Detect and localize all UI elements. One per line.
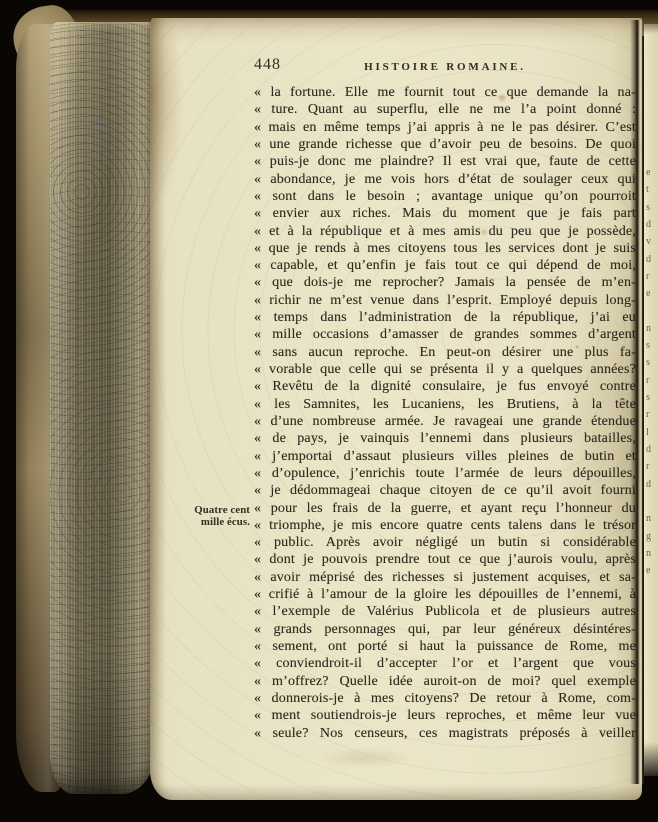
text-line: « ment soutiendrois-je leurs reproches, …	[254, 707, 636, 724]
text-line: « et à la république et à mes amis du pe…	[254, 223, 636, 240]
fragment-line: n	[646, 320, 658, 337]
running-title: HISTOIRE ROMAINE.	[254, 61, 636, 73]
facing-page-sliver: etsdvdrenssrsrldrdngne	[644, 24, 658, 776]
text-line: « abondance, je me vois hors d’état de s…	[254, 171, 636, 188]
fragment-line	[646, 493, 658, 510]
fragment-line: n	[646, 545, 658, 562]
text-line: « capable, et qu’enfin je fais tout ce q…	[254, 257, 636, 274]
text-line: « je dédommageai chaque citoyen de ce qu…	[254, 482, 636, 499]
text-line: « triomphe, je mis encore quatre cents t…	[254, 517, 636, 534]
text-line: « m’offrez? Quelle idée auroit-on de moi…	[254, 673, 636, 690]
text-line: « d’opulence, j’enrichis toute l’armée d…	[254, 465, 636, 482]
text-line: « temps dans l’administration de la répu…	[254, 309, 636, 326]
text-line: « sement, ont porté si haut la puissance…	[254, 638, 636, 655]
text-line: « mille occasions d’amasser de grandes s…	[254, 326, 636, 343]
stacked-page-edges	[50, 22, 156, 794]
fragment-line: v	[646, 233, 658, 250]
fragment-line: d	[646, 251, 658, 268]
text-line: « avoir méprisé des richesses si justeme…	[254, 569, 636, 586]
fragment-line: s	[646, 389, 658, 406]
fragment-line: l	[646, 424, 658, 441]
text-line: « j’emportai d’assaut plusieurs villes p…	[254, 448, 636, 465]
text-line: « que je rends à mes citoyens tous les s…	[254, 240, 636, 257]
text-line: « sans aucun reproche. En peut-on désire…	[254, 344, 636, 361]
fragment-line: s	[646, 199, 658, 216]
book-page: 448 HISTOIRE ROMAINE. Quatre cent mille …	[150, 18, 642, 800]
text-line: « envier aux riches. Mais du moment que …	[254, 205, 636, 222]
text-line: « de pays, je vainquis l’ennemi dans plu…	[254, 430, 636, 447]
text-line: « conviendroit-il d’accepter l’or et l’a…	[254, 655, 636, 672]
text-line: « donnerois-je à mes citoyens? De retour…	[254, 690, 636, 707]
fragment-line: r	[646, 458, 658, 475]
fragment-line: r	[646, 406, 658, 423]
text-line: « grands personnages qui, par leur génér…	[254, 621, 636, 638]
text-line: « mais en même temps j’ai appris à ne le…	[254, 119, 636, 136]
text-line: « l’exemple de Valérius Publicola et de …	[254, 603, 636, 620]
fragment-line: e	[646, 164, 658, 181]
fragment-line: d	[646, 216, 658, 233]
fragment-line: s	[646, 354, 658, 371]
text-line: « seule? Nos censeurs, ces magistrats pr…	[254, 725, 636, 742]
fragment-line	[646, 303, 658, 320]
text-line: « sont dans le besoin ; avantage unique …	[254, 188, 636, 205]
fragment-line: g	[646, 528, 658, 545]
text-line: « une grande richesse que d’avoir peu de…	[254, 136, 636, 153]
book-scan-photo: 448 HISTOIRE ROMAINE. Quatre cent mille …	[0, 0, 658, 822]
text-line: « les Samnites, les Lucaniens, les Bruti…	[254, 396, 636, 413]
text-line: « puis-je donc me plaindre? Il est vrai …	[254, 153, 636, 170]
fragment-line: t	[646, 181, 658, 198]
fragment-line: r	[646, 372, 658, 389]
text-line: « ture. Quant au superflu, elle ne me l’…	[254, 101, 636, 118]
fragment-line: d	[646, 476, 658, 493]
fragment-line: s	[646, 337, 658, 354]
text-line: « richir ne m’est venue dans l’esprit. E…	[254, 292, 636, 309]
margin-note: Quatre cent mille écus.	[172, 504, 250, 529]
text-line: « vorable que celle qui se présenta il y…	[254, 361, 636, 378]
text-line: « la fortune. Elle me fournit tout ce qu…	[254, 84, 636, 101]
fragment-line: e	[646, 285, 658, 302]
text-line: « dont je pouvois prendre tout ce que j’…	[254, 551, 636, 568]
text-line: « que dois-je me reprocher? Jamais la pe…	[254, 274, 636, 291]
fragment-line: n	[646, 510, 658, 527]
gutter-crease	[630, 20, 644, 784]
fragment-line: r	[646, 268, 658, 285]
text-line: « crifié à l’amour de la gloire les dépo…	[254, 586, 636, 603]
text-line: « Revêtu de la dignité consulaire, je fu…	[254, 378, 636, 395]
fragment-line: d	[646, 441, 658, 458]
text-block: « la fortune. Elle me fournit tout ce qu…	[254, 84, 636, 742]
text-line: « public. Après avoir négligé un butin s…	[254, 534, 636, 551]
fragment-line: e	[646, 562, 658, 579]
facing-page-text-fragments: etsdvdrenssrsrldrdngne	[644, 24, 658, 580]
text-line: « pour les frais de la guerre, et ayant …	[254, 500, 636, 517]
text-line: « d’une nombreuse armée. Je ravageai une…	[254, 413, 636, 430]
